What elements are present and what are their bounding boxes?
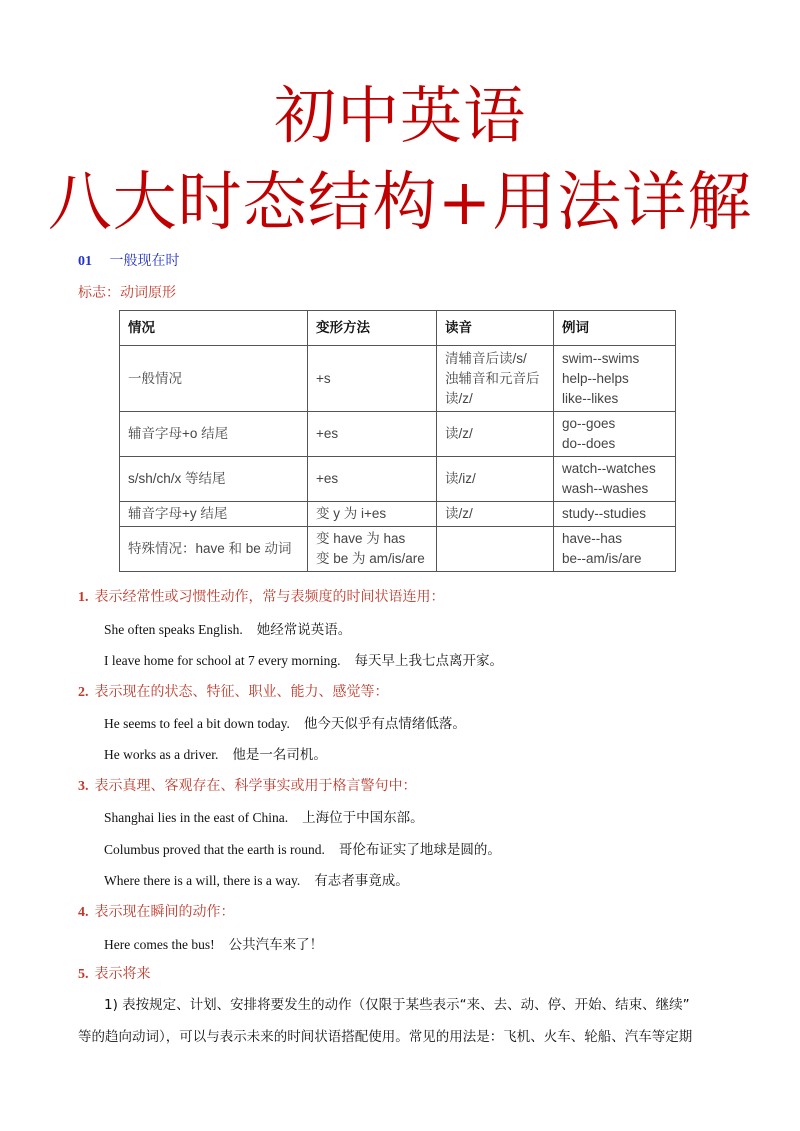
example-zh: 他是一名司机。 [232,747,327,763]
example-en: He seems to feel a bit down today. [104,716,290,731]
cell-pronunciation: 清辅音后读/s/ 浊辅音和元音后 读/z/ [437,346,554,412]
tense-marker: 标志：动词原形 [78,282,176,302]
usage-text: 表示现在瞬间的动作： [95,905,235,920]
cell-case: 一般情况 [120,346,308,412]
method-line: 变 be 为 am/is/are [316,549,428,569]
cell-pronunciation: 读/iz/ [437,457,554,502]
example-word: help--helps [562,369,667,389]
cell-case: 特殊情况：have 和 be 动词 [120,527,308,572]
header-case: 情况 [120,311,308,346]
cell-examples: study--studies [554,502,676,527]
header-pronunciation: 读音 [437,311,554,346]
cell-method: 变 have 为 has 变 be 为 am/is/are [308,527,437,572]
usage-number: 3. [78,779,89,794]
paragraph-line: 等的趋向动词），可以与表示未来的时间状语搭配使用。常见的用法是：飞机、火车、轮船… [78,1021,728,1053]
table-row: s/sh/ch/x 等结尾 +es 读/iz/ watch--watches w… [120,457,676,502]
example-word: go--goes [562,414,667,434]
example-sentence: I leave home for school at 7 every morni… [104,649,503,669]
example-en: She often speaks English. [104,622,243,637]
example-sentence: She often speaks English.她经常说英语。 [104,618,351,638]
example-en: He works as a driver. [104,747,218,762]
usage-text: 表示现在的状态、特征、职业、能力、感觉等： [95,685,389,700]
example-zh: 每天早上我七点离开家。 [355,653,504,669]
example-zh: 上海位于中国东部。 [302,810,424,826]
example-word: be--am/is/are [562,549,667,569]
example-en: Shanghai lies in the east of China. [104,810,288,825]
cell-examples: watch--watches wash--washes [554,457,676,502]
example-sentence: He seems to feel a bit down today.他今天似乎有… [104,712,466,732]
example-en: Here comes the bus! [104,937,215,952]
explanation-paragraph: 1) 表按规定、计划、安排将要发生的动作（仅限于某些表示“来、去、动、停、开始、… [78,989,728,1053]
cell-case: s/sh/ch/x 等结尾 [120,457,308,502]
example-word: have--has [562,529,667,549]
usage-heading-2: 2.表示现在的状态、特征、职业、能力、感觉等： [78,681,389,701]
title-line-2: 八大时态结构+用法详解 [0,164,800,242]
table-header-row: 情况 变形方法 读音 例词 [120,311,676,346]
cell-pronunciation: 读/z/ [437,412,554,457]
example-word: like--likes [562,389,667,409]
example-en: Where there is a will, there is a way. [104,873,300,888]
header-method: 变形方法 [308,311,437,346]
pron-line: 清辅音后读/s/ [445,349,545,369]
cell-pronunciation: 读/z/ [437,502,554,527]
cell-case: 辅音字母+o 结尾 [120,412,308,457]
example-word: do--does [562,434,667,454]
cell-examples: go--goes do--does [554,412,676,457]
example-sentence: Here comes the bus!公共汽车来了！ [104,933,323,953]
example-zh: 公共汽车来了！ [229,937,324,953]
example-zh: 她经常说英语。 [257,622,352,638]
usage-heading-4: 4.表示现在瞬间的动作： [78,901,235,921]
example-sentence: Columbus proved that the earth is round.… [104,838,501,858]
usage-text: 表示经常性或习惯性动作，常与表频度的时间状语连用： [95,590,445,605]
cell-method: 变 y 为 i+es [308,502,437,527]
usage-number: 2. [78,685,89,700]
section-heading: 01 一般现在时 [78,250,180,270]
cell-pronunciation [437,527,554,572]
conjugation-table: 情况 变形方法 读音 例词 一般情况 +s 清辅音后读/s/ 浊辅音和元音后 读… [119,310,676,572]
pron-line: 浊辅音和元音后 [445,369,545,389]
example-en: I leave home for school at 7 every morni… [104,653,341,668]
usage-text: 表示真理、客观存在、科学事实或用于格言警句中： [95,779,417,794]
cell-method: +s [308,346,437,412]
cell-case: 辅音字母+y 结尾 [120,502,308,527]
example-word: watch--watches [562,459,667,479]
header-examples: 例词 [554,311,676,346]
paragraph-line: 1) 表按规定、计划、安排将要发生的动作（仅限于某些表示“来、去、动、停、开始、… [78,989,728,1021]
example-sentence: He works as a driver.他是一名司机。 [104,743,327,763]
method-line: 变 have 为 has [316,529,428,549]
table-row: 辅音字母+y 结尾 变 y 为 i+es 读/z/ study--studies [120,502,676,527]
cell-method: +es [308,412,437,457]
usage-heading-1: 1.表示经常性或习惯性动作，常与表频度的时间状语连用： [78,586,445,606]
usage-number: 1. [78,590,89,605]
example-zh: 哥伦布证实了地球是圆的。 [339,842,501,858]
example-sentence: Shanghai lies in the east of China.上海位于中… [104,806,424,826]
example-word: swim--swims [562,349,667,369]
example-zh: 有志者事竟成。 [314,873,409,889]
usage-number: 5. [78,967,89,982]
table-row: 辅音字母+o 结尾 +es 读/z/ go--goes do--does [120,412,676,457]
title-line-1: 初中英语 [0,78,800,154]
cell-examples: have--has be--am/is/are [554,527,676,572]
usage-number: 4. [78,905,89,920]
cell-examples: swim--swims help--helps like--likes [554,346,676,412]
table-row: 特殊情况：have 和 be 动词 变 have 为 has 变 be 为 am… [120,527,676,572]
example-en: Columbus proved that the earth is round. [104,842,325,857]
section-number: 01 [78,254,92,269]
example-sentence: Where there is a will, there is a way.有志… [104,869,409,889]
usage-heading-3: 3.表示真理、客观存在、科学事实或用于格言警句中： [78,775,417,795]
example-zh: 他今天似乎有点情绪低落。 [304,716,466,732]
cell-method: +es [308,457,437,502]
example-word: wash--washes [562,479,667,499]
table-row: 一般情况 +s 清辅音后读/s/ 浊辅音和元音后 读/z/ swim--swim… [120,346,676,412]
usage-heading-5: 5.表示将来 [78,963,151,983]
usage-text: 表示将来 [95,967,151,982]
pron-line: 读/z/ [445,389,545,409]
section-name: 一般现在时 [110,254,180,269]
